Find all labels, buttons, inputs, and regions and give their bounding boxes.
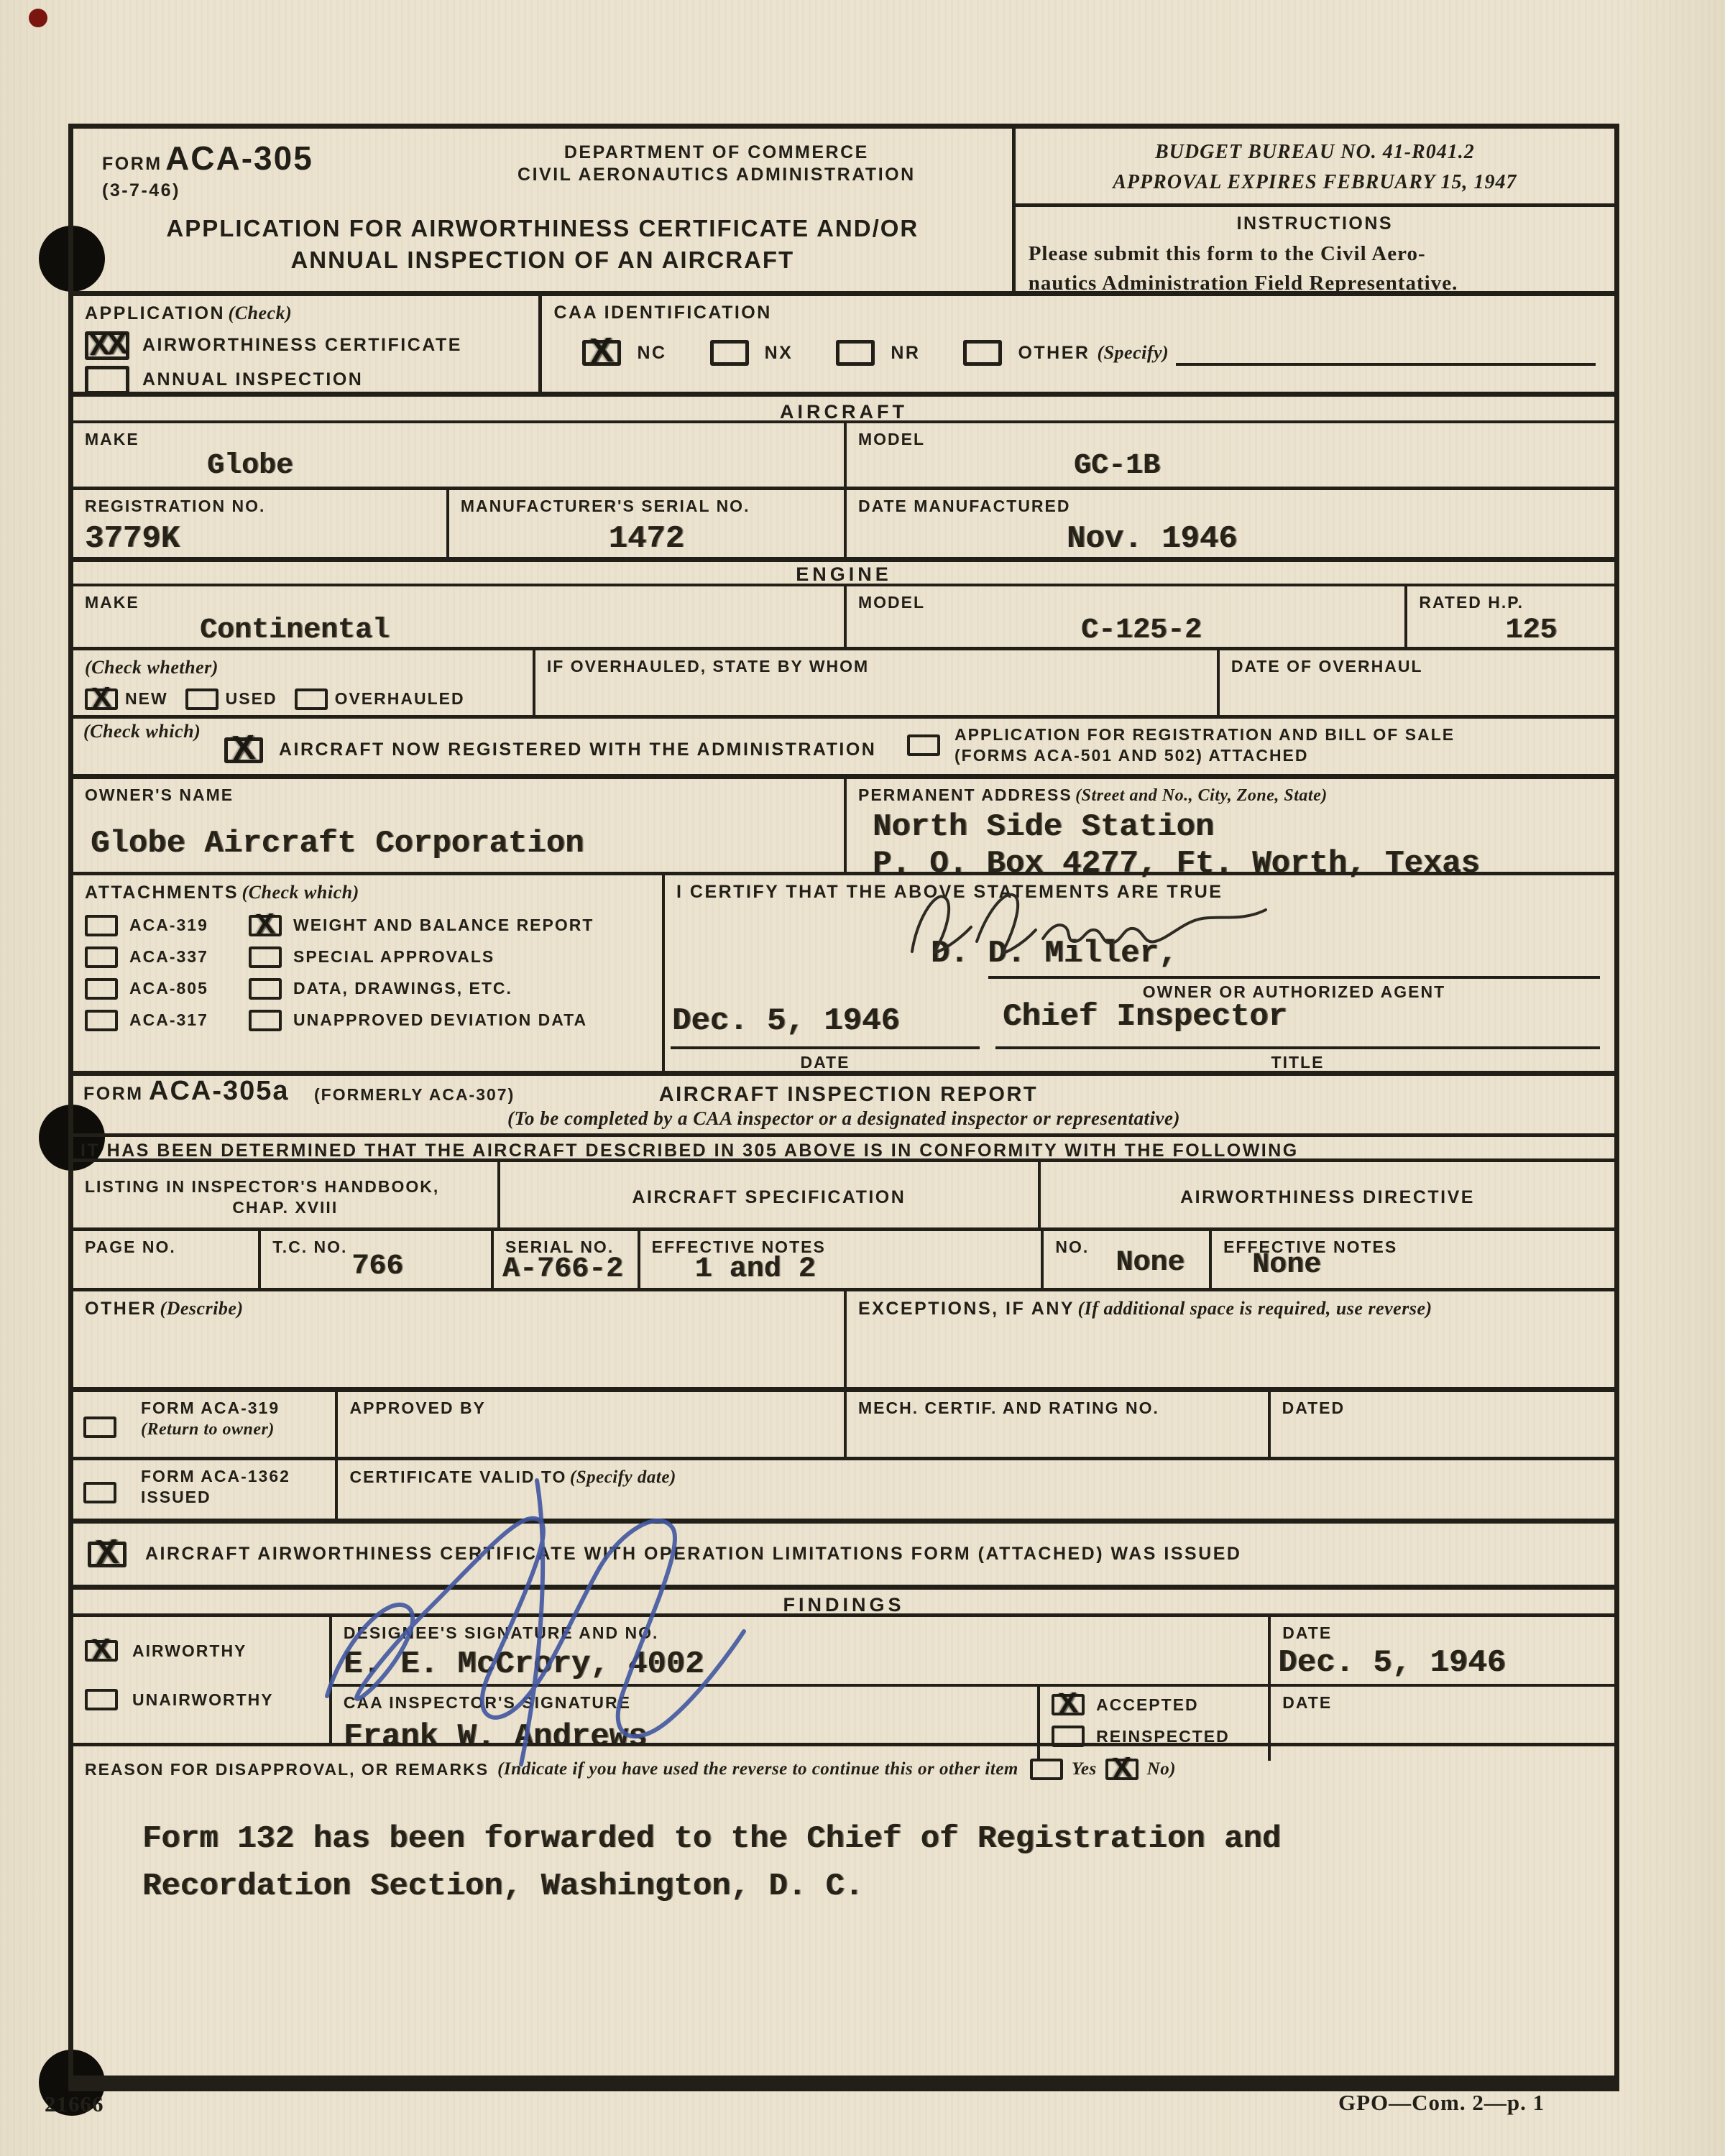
form-1362-issued-label: ISSUED <box>141 1487 323 1508</box>
airworthiness-certificate-checkbox[interactable]: XX <box>85 331 129 360</box>
owner-name-field[interactable]: OWNER'S NAME Globe Aircraft Corporation <box>73 779 844 872</box>
directive-no-value: None <box>1115 1247 1184 1280</box>
aircraft-registration-row: REGISTRATION NO. 3779K MANUFACTURER'S SE… <box>73 487 1614 557</box>
other-describe-hint: (Describe) <box>160 1298 243 1319</box>
weight-balance-label: WEIGHT AND BALANCE REPORT <box>293 915 594 936</box>
aca-305a-band: FORM ACA-305a (FORMERLY ACA-307) AIRCRAF… <box>73 1071 1614 1107</box>
reason-yes-checkbox[interactable] <box>1030 1759 1063 1780</box>
mech-certif-label: MECH. CERTIF. AND RATING NO. <box>858 1398 1256 1419</box>
form-revision-date: (3-7-46) <box>102 180 433 202</box>
registration-no-label: REGISTRATION NO. <box>85 496 435 517</box>
tc-no-field[interactable]: T.C. NO. 766 <box>258 1231 491 1288</box>
aca-337-label: ACA-337 <box>129 946 237 967</box>
address-line1: North Side Station <box>873 809 1603 846</box>
department-line2: CIVIL AERONAUTICS ADMINISTRATION <box>433 164 1000 186</box>
registration-check-row: (Check which) X AIRCRAFT NOW REGISTERED … <box>73 715 1614 774</box>
exceptions-hint: (If additional space is required, use re… <box>1078 1298 1432 1319</box>
owner-name-value: Globe Aircraft Corporation <box>91 826 832 862</box>
registration-application-label2: (FORMS ACA-501 AND 502) ATTACHED <box>954 745 1455 766</box>
engine-overhauled-checkbox[interactable] <box>295 688 328 710</box>
airworthiness-certificate-label: AIRWORTHINESS CERTIFICATE <box>142 334 462 356</box>
certificate-valid-to-field[interactable]: CERTIFICATE VALID TO (Specify date) <box>335 1460 1614 1519</box>
designee-signature-value: E. E. McCrory, 4002 <box>344 1646 1256 1683</box>
aircraft-registered-label: AIRCRAFT NOW REGISTERED WITH THE ADMINIS… <box>279 739 876 761</box>
rated-hp-field[interactable]: RATED H.P. 125 <box>1404 586 1614 647</box>
instructions-box: INSTRUCTIONS Please submit this form to … <box>1016 207 1614 303</box>
attachments-certify-row: ATTACHMENTS (Check which) ACA-319 X WEIG… <box>73 872 1614 1071</box>
remarks-line1: Form 132 has been forwarded to the Chief… <box>142 1815 1600 1863</box>
certify-date-value: Dec. 5, 1946 <box>672 1003 900 1040</box>
nc-label: NC <box>637 342 666 364</box>
other-specify-hint: (Specify) <box>1097 341 1169 365</box>
remarks-line2: Recordation Section, Washington, D. C. <box>142 1863 1600 1910</box>
engine-section-title: ENGINE <box>73 562 1614 584</box>
instructions-title: INSTRUCTIONS <box>1029 213 1601 235</box>
aca-305-form: FORM ACA-305 (3-7-46) DEPARTMENT OF COMM… <box>68 124 1619 2091</box>
application-cell: APPLICATION (Check) XX AIRWORTHINESS CER… <box>73 296 538 392</box>
dated-field[interactable]: DATED <box>1268 1392 1614 1457</box>
certify-statement: I CERTIFY THAT THE ABOVE STATEMENTS ARE … <box>676 881 1603 903</box>
accepted-label: ACCEPTED <box>1096 1695 1199 1715</box>
report-form-word: FORM <box>83 1083 144 1105</box>
approval-expires: APPROVAL EXPIRES FEBRUARY 15, 1947 <box>1023 167 1607 198</box>
approved-by-field[interactable]: APPROVED BY <box>335 1392 844 1457</box>
overhauled-by-whom-field[interactable]: IF OVERHAULED, STATE BY WHOM <box>533 650 1217 715</box>
tc-serial-row: PAGE NO. T.C. NO. 766 SERIAL NO. A-766-2… <box>73 1227 1614 1288</box>
engine-used-checkbox[interactable] <box>185 688 218 710</box>
aca-805-label: ACA-805 <box>129 978 237 999</box>
engine-condition-row: (Check whether) X NEW USED OVERHAULED IF… <box>73 647 1614 715</box>
engine-model-value: C-125-2 <box>1081 614 1393 648</box>
permanent-address-field[interactable]: PERMANENT ADDRESS (Street and No., City,… <box>844 779 1614 872</box>
budget-bureau-box: BUDGET BUREAU NO. 41-R041.2 APPROVAL EXP… <box>1016 129 1614 207</box>
data-drawings-label: DATA, DRAWINGS, ETC. <box>293 978 512 999</box>
handbook-column-header: LISTING IN INSPECTOR'S HANDBOOK, CHAP. X… <box>73 1162 497 1227</box>
header-right-cell: BUDGET BUREAU NO. 41-R041.2 APPROVAL EXP… <box>1012 129 1614 291</box>
form-319-hint: (Return to owner) <box>141 1419 323 1440</box>
certificate-valid-to-label: CERTIFICATE VALID TO <box>349 1468 566 1486</box>
report-form-number: ACA-305a <box>149 1077 290 1105</box>
exceptions-label: EXCEPTIONS, IF ANY <box>858 1299 1075 1319</box>
mech-certif-field[interactable]: MECH. CERTIF. AND RATING NO. <box>844 1392 1268 1457</box>
signee-typed-name: D. D. Miller, <box>931 936 1177 972</box>
certificate-valid-to-hint: (Specify date) <box>570 1468 676 1487</box>
unairworthy-checkbox[interactable] <box>85 1689 118 1710</box>
other-checkbox[interactable] <box>963 340 1002 366</box>
handbook-header-line1: LISTING IN INSPECTOR'S HANDBOOK, <box>85 1176 486 1197</box>
aircraft-registered-checkbox[interactable]: X <box>224 737 263 763</box>
other-label: OTHER <box>1018 342 1090 364</box>
form-1362-cell: FORM ACA-1362 ISSUED <box>73 1460 335 1519</box>
registration-application-label1: APPLICATION FOR REGISTRATION AND BILL OF… <box>954 724 1455 745</box>
attachments-hint: (Check which) <box>242 882 359 903</box>
reason-no-checkbox[interactable]: X <box>1105 1759 1138 1780</box>
aircraft-model-value: GC-1B <box>1074 450 1603 483</box>
directive-no-field[interactable]: NO. None <box>1041 1231 1209 1288</box>
aircraft-make-field[interactable]: MAKE Globe <box>73 423 844 487</box>
other-describe-field[interactable]: OTHER (Describe) <box>73 1291 844 1387</box>
engine-make-label: MAKE <box>85 592 832 613</box>
aircraft-make-label: MAKE <box>85 429 832 450</box>
weight-balance-checkbox[interactable]: X <box>249 915 282 936</box>
engine-model-label: MODEL <box>858 592 1393 613</box>
inspection-report-title: AIRCRAFT INSPECTION REPORT <box>659 1082 1038 1107</box>
attachments-cell: ATTACHMENTS (Check which) ACA-319 X WEIG… <box>73 875 662 1071</box>
determination-row: IT HAS BEEN DETERMINED THAT THE AIRCRAFT… <box>73 1133 1614 1158</box>
owner-name-label: OWNER'S NAME <box>85 785 832 806</box>
rated-hp-value: 125 <box>1505 614 1603 648</box>
accepted-date-label: DATE <box>1282 1692 1603 1713</box>
caa-identification-label: CAA IDENTIFICATION <box>553 302 1603 324</box>
form-title-line1: APPLICATION FOR AIRWORTHINESS CERTIFICAT… <box>85 213 1000 245</box>
engine-make-field[interactable]: MAKE Continental <box>73 586 844 647</box>
date-of-overhaul-label: DATE OF OVERHAUL <box>1231 656 1603 677</box>
form-319-label: FORM ACA-319 <box>141 1398 323 1419</box>
permanent-address-label: PERMANENT ADDRESS <box>858 786 1072 804</box>
nc-checkbox[interactable]: X <box>582 340 621 366</box>
form-1362-row: FORM ACA-1362 ISSUED CERTIFICATE VALID T… <box>73 1457 1614 1519</box>
directive-no-label: NO. <box>1055 1238 1089 1256</box>
attachments-label: ATTACHMENTS <box>85 883 239 903</box>
engine-new-label: NEW <box>125 688 168 709</box>
department-block: DEPARTMENT OF COMMERCE CIVIL AERONAUTICS… <box>433 142 1000 187</box>
approved-by-label: APPROVED BY <box>349 1398 832 1419</box>
accepted-checkbox[interactable]: X <box>1052 1694 1085 1715</box>
form-1362-checkbox[interactable] <box>83 1482 116 1503</box>
determination-text: IT HAS BEEN DETERMINED THAT THE AIRCRAFT… <box>73 1137 1614 1158</box>
engine-overhauled-label: OVERHAULED <box>335 688 465 709</box>
engine-model-field[interactable]: MODEL C-125-2 <box>844 586 1404 647</box>
effective-notes-field[interactable]: EFFECTIVE NOTES 1 and 2 <box>638 1231 1041 1288</box>
form-word-label: FORM <box>102 154 162 174</box>
airworthy-cell: X AIRWORTHY UNAIRWORTHY <box>73 1617 329 1743</box>
form-1362-label: FORM ACA-1362 <box>141 1466 323 1487</box>
form-title-line2: ANNUAL INSPECTION OF AN AIRCRAFT <box>85 244 1000 277</box>
scan-artifact-dot <box>29 9 47 27</box>
date-of-overhaul-field[interactable]: DATE OF OVERHAUL <box>1217 650 1614 715</box>
date-manufactured-value: Nov. 1946 <box>1067 521 1603 558</box>
findings-title: FINDINGS <box>73 1590 1614 1613</box>
airworthy-label: AIRWORTHY <box>132 1641 247 1662</box>
airworthiness-directive-column-header: AIRWORTHINESS DIRECTIVE <box>1038 1162 1614 1227</box>
aircraft-spec-header: AIRCRAFT SPECIFICATION <box>512 1187 1027 1209</box>
other-exceptions-row: OTHER (Describe) EXCEPTIONS, IF ANY (If … <box>73 1288 1614 1387</box>
effective-notes-value: 1 and 2 <box>695 1253 1030 1286</box>
nx-checkbox[interactable] <box>710 340 749 366</box>
serial-no-label: MANUFACTURER'S SERIAL NO. <box>461 496 832 517</box>
footer-serial: 21666 <box>45 2093 104 2115</box>
aca-319-checkbox[interactable] <box>85 915 118 936</box>
conformity-header-row: LISTING IN INSPECTOR'S HANDBOOK, CHAP. X… <box>73 1158 1614 1227</box>
nr-checkbox[interactable] <box>836 340 875 366</box>
report-subtitle-row: (To be completed by a CAA inspector or a… <box>73 1107 1614 1133</box>
other-specify-input[interactable] <box>1176 340 1596 366</box>
header-left-cell: FORM ACA-305 (3-7-46) DEPARTMENT OF COMM… <box>73 129 1012 291</box>
page-no-field[interactable]: PAGE NO. <box>73 1231 258 1288</box>
aircraft-model-field[interactable]: MODEL GC-1B <box>844 423 1614 487</box>
report-subtitle: (To be completed by a CAA inspector or a… <box>73 1107 1614 1133</box>
budget-bureau-no: BUDGET BUREAU NO. 41-R041.2 <box>1023 137 1607 167</box>
aircraft-section-title: AIRCRAFT <box>73 397 1614 420</box>
unapproved-deviation-checkbox[interactable] <box>249 1010 282 1031</box>
engine-used-label: USED <box>226 688 277 709</box>
application-label: APPLICATION <box>85 303 225 323</box>
data-drawings-checkbox[interactable] <box>249 978 282 1000</box>
engine-section-band: ENGINE <box>73 557 1614 584</box>
check-whether-hint: (Check whether) <box>85 656 521 680</box>
aca-319-label: ACA-319 <box>129 915 237 936</box>
department-line1: DEPARTMENT OF COMMERCE <box>433 142 1000 164</box>
check-whether-cell: (Check whether) X NEW USED OVERHAULED <box>73 650 533 715</box>
special-approvals-checkbox[interactable] <box>249 946 282 968</box>
findings-table: X AIRWORTHY UNAIRWORTHY DESIGNEE'S SIGNA… <box>73 1613 1614 1743</box>
reason-row: REASON FOR DISAPPROVAL, OR REMARKS (Indi… <box>73 1743 1614 1789</box>
engine-make-model-row: MAKE Continental MODEL C-125-2 RATED H.P… <box>73 584 1614 647</box>
footer-gpo: GPO—Com. 2—p. 1 <box>1338 2091 1545 2114</box>
reason-no-label: No) <box>1147 1758 1176 1780</box>
application-caa-row: APPLICATION (Check) XX AIRWORTHINESS CER… <box>73 291 1614 392</box>
rated-hp-label: RATED H.P. <box>1419 592 1603 613</box>
aircraft-spec-column-header: AIRCRAFT SPECIFICATION <box>497 1162 1039 1227</box>
findings-date-label: DATE <box>1282 1623 1603 1644</box>
report-formerly: (FORMERLY ACA-307) <box>314 1084 515 1105</box>
permanent-address-hint: (Street and No., City, Zone, State) <box>1075 786 1328 805</box>
certify-title-label: TITLE <box>995 1052 1600 1073</box>
spec-serial-value: A-766-2 <box>502 1253 626 1286</box>
application-check-hint: (Check) <box>229 303 293 323</box>
date-manufactured-field[interactable]: DATE MANUFACTURED Nov. 1946 <box>844 490 1614 557</box>
aircraft-make-value: Globe <box>207 450 832 483</box>
remarks-area[interactable]: Form 132 has been forwarded to the Chief… <box>73 1789 1614 2076</box>
designee-signature-label: DESIGNEE'S SIGNATURE AND NO. <box>344 1623 1256 1644</box>
title-signature-line[interactable] <box>995 1046 1600 1049</box>
instructions-line1: Please submit this form to the Civil Aer… <box>1029 239 1601 269</box>
form-header-row: FORM ACA-305 (3-7-46) DEPARTMENT OF COMM… <box>73 129 1614 291</box>
nr-label: NR <box>891 342 920 364</box>
reason-label: REASON FOR DISAPPROVAL, OR REMARKS <box>85 1759 489 1780</box>
tc-no-value: 766 <box>351 1250 479 1284</box>
designee-signature-field[interactable]: DESIGNEE'S SIGNATURE AND NO. E. E. McCro… <box>332 1617 1268 1684</box>
airworthiness-directive-header: AIRWORTHINESS DIRECTIVE <box>1052 1187 1603 1209</box>
certificate-issued-label: AIRCRAFT AIRWORTHINESS CERTIFICATE WITH … <box>145 1543 1241 1565</box>
registration-no-field[interactable]: REGISTRATION NO. 3779K <box>73 490 446 557</box>
page-no-label: PAGE NO. <box>85 1237 247 1258</box>
form-319-checkbox[interactable] <box>83 1416 116 1438</box>
other-describe-label: OTHER <box>85 1299 157 1319</box>
directive-notes-value: None <box>1252 1249 1603 1282</box>
certificate-issued-checkbox[interactable]: X <box>88 1542 126 1567</box>
form-319-row: FORM ACA-319 (Return to owner) APPROVED … <box>73 1387 1614 1457</box>
aca-805-checkbox[interactable] <box>85 978 118 1000</box>
certify-title-value: Chief Inspector <box>1003 999 1287 1036</box>
special-approvals-label: SPECIAL APPROVALS <box>293 946 494 967</box>
unapproved-deviation-label: UNAPPROVED DEVIATION DATA <box>293 1010 587 1031</box>
annual-inspection-checkbox[interactable] <box>85 366 129 395</box>
registration-no-value: 3779K <box>85 521 435 558</box>
exceptions-field[interactable]: EXCEPTIONS, IF ANY (If additional space … <box>844 1291 1614 1387</box>
date-manufactured-label: DATE MANUFACTURED <box>858 496 1603 517</box>
aircraft-make-model-row: MAKE Globe MODEL GC-1B <box>73 420 1614 487</box>
date-signature-line[interactable] <box>671 1046 980 1049</box>
certify-date-label: DATE <box>671 1052 980 1073</box>
form-319-cell: FORM ACA-319 (Return to owner) <box>73 1392 335 1457</box>
airworthy-checkbox[interactable]: X <box>85 1640 118 1662</box>
form-id-block: FORM ACA-305 (3-7-46) <box>85 142 433 203</box>
directive-notes-field[interactable]: EFFECTIVE NOTES None <box>1209 1231 1614 1288</box>
registration-application-checkbox[interactable] <box>907 734 940 756</box>
form-number: ACA-305 <box>165 139 313 177</box>
aca-317-checkbox[interactable] <box>85 1010 118 1031</box>
reason-hint: (Indicate if you have used the reverse t… <box>497 1758 1018 1780</box>
reason-yes-label: Yes <box>1072 1758 1097 1780</box>
caa-inspector-signature-label: CAA INSPECTOR'S SIGNATURE <box>344 1692 1026 1713</box>
findings-date-field[interactable]: DATE Dec. 5, 1946 <box>1268 1617 1614 1684</box>
findings-date-value: Dec. 5, 1946 <box>1278 1645 1603 1682</box>
spec-serial-field[interactable]: SERIAL NO. A-766-2 <box>491 1231 638 1288</box>
dated-label: DATED <box>1282 1398 1603 1419</box>
annual-inspection-label: ANNUAL INSPECTION <box>142 369 363 391</box>
scanned-form-page: FORM ACA-305 (3-7-46) DEPARTMENT OF COMM… <box>0 0 1725 2156</box>
certificate-issued-row: X AIRCRAFT AIRWORTHINESS CERTIFICATE WIT… <box>73 1519 1614 1585</box>
agent-signature-line[interactable] <box>988 976 1600 979</box>
aircraft-section-band: AIRCRAFT <box>73 392 1614 420</box>
aircraft-model-label: MODEL <box>858 429 1603 450</box>
aca-337-checkbox[interactable] <box>85 946 118 968</box>
unairworthy-label: UNAIRWORTHY <box>132 1690 274 1710</box>
certification-cell: I CERTIFY THAT THE ABOVE STATEMENTS ARE … <box>662 875 1614 1071</box>
overhauled-by-whom-label: IF OVERHAULED, STATE BY WHOM <box>547 656 1205 677</box>
owner-row: OWNER'S NAME Globe Aircraft Corporation … <box>73 774 1614 872</box>
caa-identification-cell: CAA IDENTIFICATION X NC NX NR OTHER (Spe… <box>538 296 1614 392</box>
findings-band: FINDINGS <box>73 1585 1614 1613</box>
aca-317-label: ACA-317 <box>129 1010 237 1031</box>
handbook-header-line2: CHAP. XVIII <box>85 1197 486 1218</box>
nx-label: NX <box>765 342 793 364</box>
serial-no-field[interactable]: MANUFACTURER'S SERIAL NO. 1472 <box>446 490 844 557</box>
serial-no-value: 1472 <box>461 521 832 558</box>
check-which-hint: (Check which) <box>83 720 201 744</box>
engine-new-checkbox[interactable]: X <box>85 688 118 710</box>
engine-make-value: Continental <box>200 614 832 648</box>
